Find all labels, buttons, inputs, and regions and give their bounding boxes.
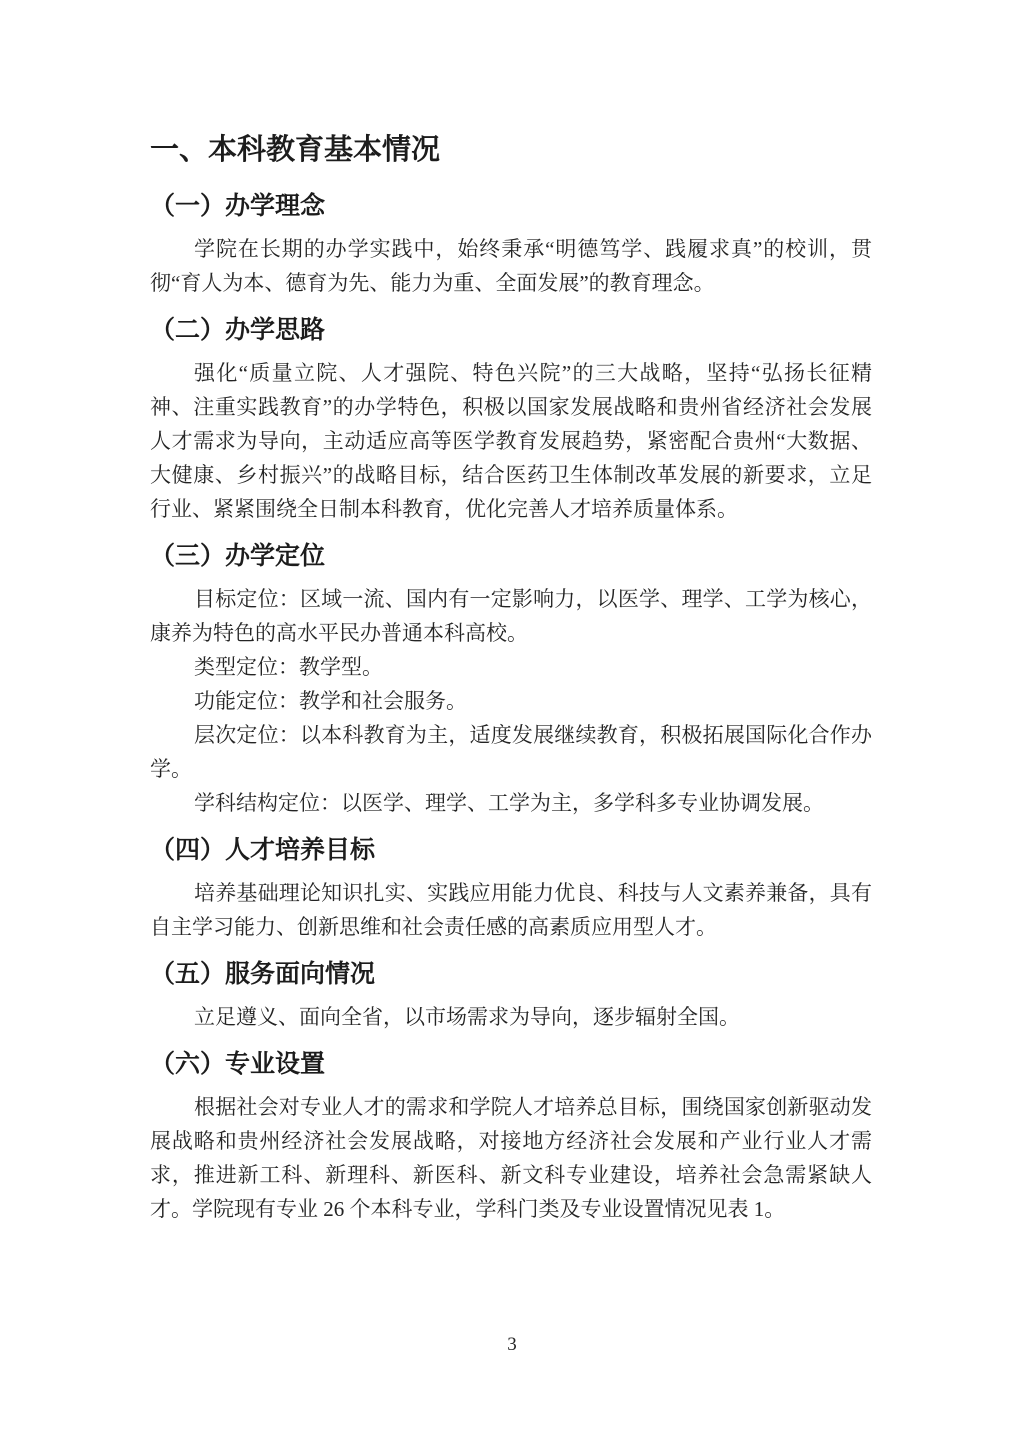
section-2-paragraph-1: 强化“质量立院、人才强院、特色兴院”的三大战略，坚持“弘扬长征精神、注重实践教育… — [150, 356, 872, 526]
section-heading-5: （五）服务面向情况 — [150, 956, 872, 992]
section-3-paragraph-1: 目标定位：区域一流、国内有一定影响力，以医学、理学、工学为核心，康养为特色的高水… — [150, 582, 872, 650]
section-3-paragraph-2: 类型定位：教学型。 — [150, 650, 872, 684]
section-3-paragraph-5: 学科结构定位：以医学、理学、工学为主，多学科多专业协调发展。 — [150, 786, 872, 820]
page-title: 一、本科教育基本情况 — [150, 130, 872, 170]
section-heading-1: （一）办学理念 — [150, 188, 872, 224]
section-school-positioning: （三）办学定位 目标定位：区域一流、国内有一定影响力，以医学、理学、工学为核心，… — [150, 538, 872, 820]
section-3-paragraph-3: 功能定位：教学和社会服务。 — [150, 684, 872, 718]
section-1-paragraph-1: 学院在长期的办学实践中，始终秉承“明德笃学、践履求真”的校训，贯彻“育人为本、德… — [150, 232, 872, 300]
section-major-setup: （六）专业设置 根据社会对专业人才的需求和学院人才培养总目标，围绕国家创新驱动发… — [150, 1046, 872, 1226]
section-service-orientation: （五）服务面向情况 立足遵义、面向全省，以市场需求为导向，逐步辐射全国。 — [150, 956, 872, 1034]
section-6-paragraph-1: 根据社会对专业人才的需求和学院人才培养总目标，围绕国家创新驱动发展战略和贵州经济… — [150, 1090, 872, 1226]
section-school-philosophy: （一）办学理念 学院在长期的办学实践中，始终秉承“明德笃学、践履求真”的校训，贯… — [150, 188, 872, 300]
section-school-approach: （二）办学思路 强化“质量立院、人才强院、特色兴院”的三大战略，坚持“弘扬长征精… — [150, 312, 872, 526]
section-3-paragraph-4: 层次定位：以本科教育为主，适度发展继续教育，积极拓展国际化合作办学。 — [150, 718, 872, 786]
section-5-paragraph-1: 立足遵义、面向全省，以市场需求为导向，逐步辐射全国。 — [150, 1000, 872, 1034]
section-talent-cultivation-goal: （四）人才培养目标 培养基础理论知识扎实、实践应用能力优良、科技与人文素养兼备，… — [150, 832, 872, 944]
page-number: 3 — [0, 1334, 1024, 1356]
section-heading-3: （三）办学定位 — [150, 538, 872, 574]
document-page: 一、本科教育基本情况 （一）办学理念 学院在长期的办学实践中，始终秉承“明德笃学… — [0, 0, 1024, 1448]
section-heading-2: （二）办学思路 — [150, 312, 872, 348]
section-heading-6: （六）专业设置 — [150, 1046, 872, 1082]
section-4-paragraph-1: 培养基础理论知识扎实、实践应用能力优良、科技与人文素养兼备，具有自主学习能力、创… — [150, 876, 872, 944]
section-heading-4: （四）人才培养目标 — [150, 832, 872, 868]
